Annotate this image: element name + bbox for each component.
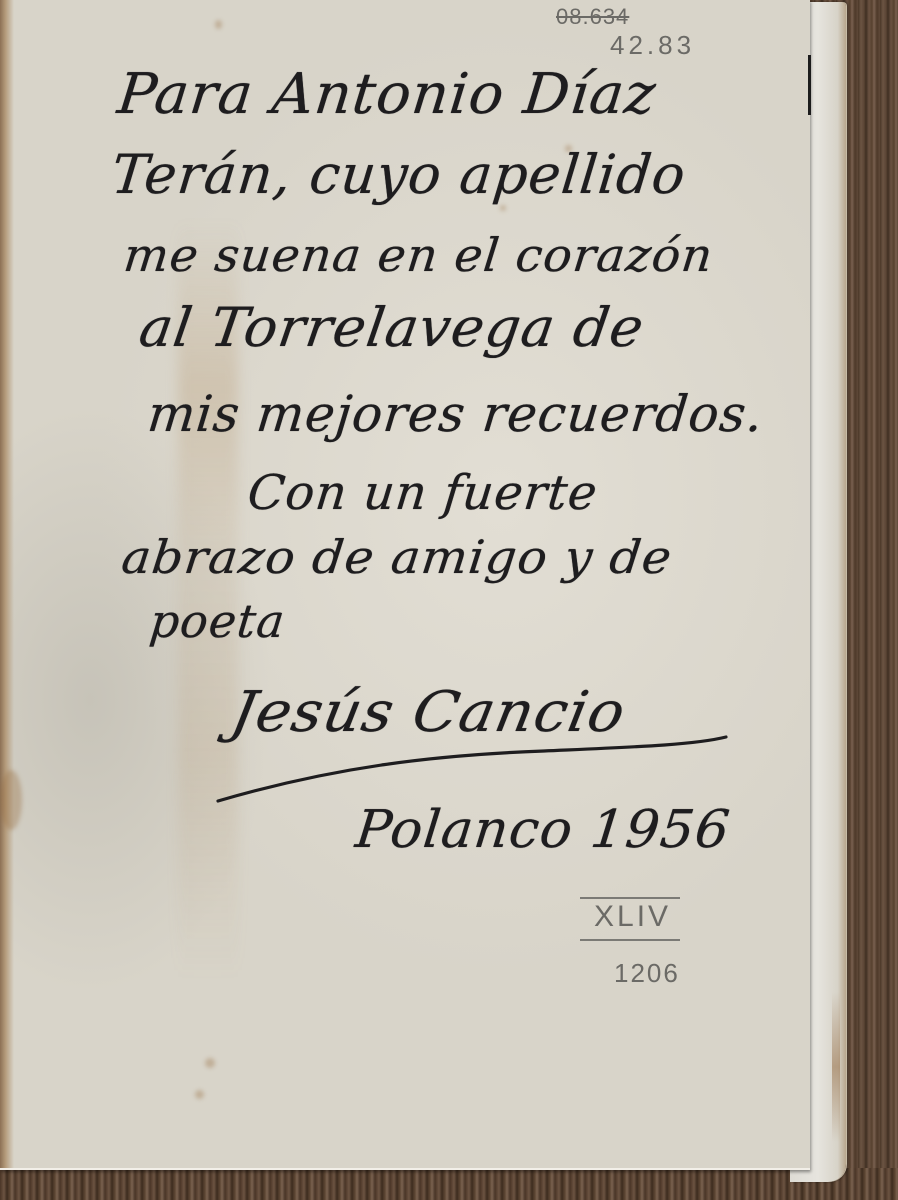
place-and-date: Polanco 1956 bbox=[353, 800, 733, 860]
pencil-struck-catalogue-number: 08.634 bbox=[556, 4, 629, 30]
inscription-line-7: abrazo de amigo y de bbox=[119, 530, 675, 584]
inscription-line-2: Terán, cuyo apellido bbox=[109, 143, 689, 206]
page-left-edge-stain bbox=[0, 0, 14, 1168]
pencil-shelf-mark: XLIV bbox=[594, 900, 671, 934]
signature-underline-flourish bbox=[214, 715, 734, 805]
edge-stain bbox=[0, 770, 22, 830]
inscription-line-1: Para Antonio Díaz bbox=[115, 62, 660, 127]
inscription-line-3: me suena en el corazón bbox=[121, 228, 716, 282]
ink-margin-mark bbox=[808, 55, 811, 115]
foxing-spot bbox=[215, 20, 222, 29]
inscription-line-5: mis mejores recuerdos. bbox=[145, 385, 767, 443]
flyleaf-page: 08.634 42.83 Para Antonio Díaz Terán, cu… bbox=[0, 0, 810, 1170]
pencil-catalogue-number: 42.83 bbox=[610, 30, 695, 61]
inscription-line-8: poeta bbox=[147, 594, 288, 648]
inscription-line-4: al Torrelavega de bbox=[135, 296, 648, 359]
foxing-spot bbox=[205, 1058, 215, 1068]
foxing-spot bbox=[195, 1090, 204, 1099]
inscription-line-6: Con un fuerte bbox=[245, 465, 600, 521]
pencil-accession-number: 1206 bbox=[614, 958, 680, 989]
wooden-table-bottom-strip bbox=[0, 1168, 898, 1200]
